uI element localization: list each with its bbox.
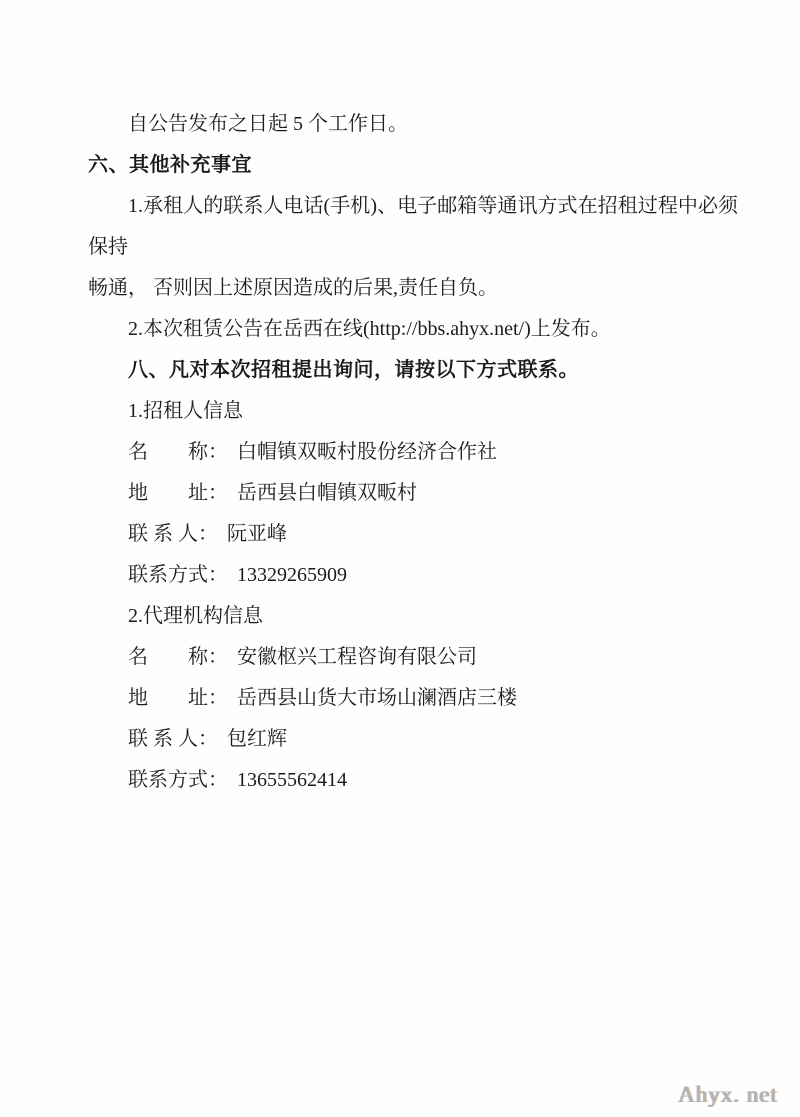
lessor-address-value: 岳西县白帽镇双畈村 bbox=[237, 482, 417, 504]
lessor-name-row: 名 称：白帽镇双畈村股份经济合作社 bbox=[88, 432, 738, 473]
agent-phone-value: 13655562414 bbox=[237, 769, 347, 791]
agent-contact-person-row: 联 系 人：包红辉 bbox=[88, 719, 738, 760]
agent-address-value: 岳西县山货大市场山澜酒店三楼 bbox=[237, 687, 517, 709]
lessor-contact-person-row: 联 系 人：阮亚峰 bbox=[88, 514, 738, 555]
agent-name-row: 名 称：安徽枢兴工程咨询有限公司 bbox=[88, 637, 738, 678]
lessor-address-label: 地 址： bbox=[128, 482, 228, 504]
agent-phone-row: 联系方式：13655562414 bbox=[88, 760, 738, 801]
lessor-phone-value: 13329265909 bbox=[237, 564, 347, 586]
agent-address-row: 地 址：岳西县山货大市场山澜酒店三楼 bbox=[88, 678, 738, 719]
section-eight-heading: 八、凡对本次招租提出询问，请按以下方式联系。 bbox=[88, 350, 738, 391]
document-page: 自公告发布之日起 5 个工作日。 六、其他补充事宜 1.承租人的联系人电话(手机… bbox=[0, 0, 800, 1117]
lessor-contact-person-value: 阮亚峰 bbox=[227, 523, 287, 545]
lessor-info-title: 1.招租人信息 bbox=[88, 391, 738, 432]
ahyx-watermark: Ahyx. net bbox=[678, 1082, 778, 1108]
agent-address-label: 地 址： bbox=[128, 687, 228, 709]
lessor-name-label: 名 称： bbox=[128, 441, 228, 463]
lessor-contact-person-label: 联 系 人： bbox=[128, 523, 218, 545]
agent-name-value: 安徽枢兴工程咨询有限公司 bbox=[237, 646, 477, 668]
agent-name-label: 名 称： bbox=[128, 646, 228, 668]
lessor-address-row: 地 址：岳西县白帽镇双畈村 bbox=[88, 473, 738, 514]
section-six-item-contact-requirement: 1.承租人的联系人电话(手机)、电子邮箱等通讯方式在招租过程中必须保持 畅通， … bbox=[88, 186, 738, 309]
lessor-phone-row: 联系方式：13329265909 bbox=[88, 555, 738, 596]
notice-period-line: 自公告发布之日起 5 个工作日。 bbox=[88, 104, 738, 145]
agent-contact-person-value: 包红辉 bbox=[227, 728, 287, 750]
agent-phone-label: 联系方式： bbox=[128, 769, 228, 791]
lessor-name-value: 白帽镇双畈村股份经济合作社 bbox=[237, 441, 497, 463]
section-six-heading: 六、其他补充事宜 bbox=[88, 145, 738, 186]
document-content: 自公告发布之日起 5 个工作日。 六、其他补充事宜 1.承租人的联系人电话(手机… bbox=[88, 104, 738, 801]
section-six-item-announcement-site: 2.本次租赁公告在岳西在线(http://bbs.ahyx.net/)上发布。 bbox=[88, 309, 738, 350]
lessor-phone-label: 联系方式： bbox=[128, 564, 228, 586]
agent-contact-person-label: 联 系 人： bbox=[128, 728, 218, 750]
agent-info-title: 2.代理机构信息 bbox=[88, 596, 738, 637]
